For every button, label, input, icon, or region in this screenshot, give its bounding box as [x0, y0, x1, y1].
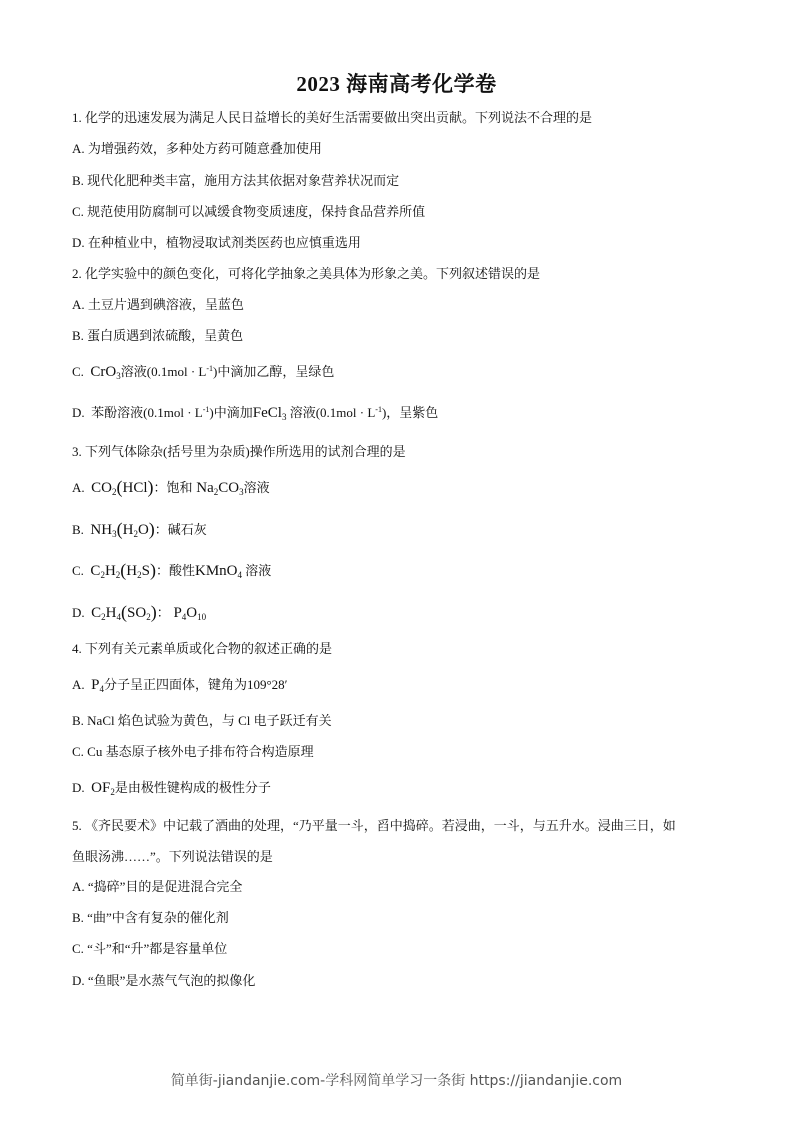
question-5-option-c: C. “斗”和“升”都是容量单位: [72, 940, 227, 958]
option-label: D.: [72, 405, 85, 420]
question-4-option-b: B. NaCl 焰色试验为黄色，与 Cl 电子跃迁有关: [72, 712, 332, 730]
question-1-option-b: B. 现代化肥种类丰富，施用方法其依据对象营养状况而定: [72, 172, 399, 190]
question-2-option-a: A. 土豆片遇到碘溶液，呈蓝色: [72, 296, 244, 314]
question-3-option-c: C. C2H2(H2S)：酸性KMnO4 溶液: [72, 561, 271, 580]
question-5-option-a: A. “捣碎”目的是促进混合完全: [72, 878, 242, 896]
question-4-stem: 4. 下列有关元素单质或化合物的叙述正确的是: [72, 640, 332, 658]
question-3-option-a: A. CO2(HCl)：饱和 Na2CO3溶液: [72, 478, 270, 497]
chem-formula: KMnO4: [195, 563, 242, 579]
question-3-option-d: D. C2H4(SO2)： P4O10: [72, 603, 206, 622]
chem-formula: CO2(HCl): [91, 480, 153, 496]
question-2-option-c: C. CrO3溶液(0.1mol · L-1)中滴加乙醇，呈绿色: [72, 363, 334, 381]
concentration: 0.1mol · L-1: [320, 405, 382, 420]
question-5-stem-line-1: 5. 《齐民要术》中记载了酒曲的处理，“乃平量一斗，舀中捣碎。若浸曲，一斗，与五…: [72, 817, 676, 835]
question-5-option-b: B. “曲”中含有复杂的催化剂: [72, 909, 229, 927]
question-3-stem: 3. 下列气体除杂(括号里为杂质)操作所选用的试剂合理的是: [72, 443, 406, 461]
question-1-option-d: D. 在种植业中，植物浸取试剂类医药也应慎重选用: [72, 234, 361, 252]
question-4-option-c: C. Cu 基态原子核外电子排布符合构造原理: [72, 743, 314, 761]
question-2-option-d: D. 苯酚溶液(0.1mol · L-1)中滴加FeCl3 溶液(0.1mol …: [72, 404, 438, 422]
chem-formula: FeCl3: [253, 405, 287, 421]
question-2-stem: 2. 化学实验中的颜色变化，可将化学抽象之美具体为形象之美。下列叙述错误的是: [72, 265, 540, 283]
chem-formula: C2H4(SO2): [91, 605, 157, 621]
question-3-option-b: B. NH3(H2O)：碱石灰: [72, 520, 207, 539]
question-1-option-a: A. 为增强药效，多种处方药可随意叠加使用: [72, 140, 322, 158]
page-title: 2023 海南高考化学卷: [0, 68, 793, 98]
chem-formula: C2H2(H2S): [90, 563, 156, 579]
chem-formula: P4O10: [170, 605, 206, 621]
question-5-stem-line-2: 鱼眼汤沸……”。下列说法错误的是: [72, 848, 273, 866]
option-label: C.: [72, 364, 84, 379]
question-5-option-d: D. “鱼眼”是水蒸气气泡的拟像化: [72, 972, 255, 990]
question-4-option-d: D. OF2是由极性键构成的极性分子: [72, 779, 271, 797]
question-1-stem: 1. 化学的迅速发展为满足人民日益增长的美好生活需要做出突出贡献。下列说法不合理…: [72, 109, 592, 127]
chem-formula: OF2: [91, 780, 115, 796]
chem-formula: CrO3: [90, 364, 120, 380]
chem-formula: Na2CO3: [193, 480, 244, 496]
concentration: 0.1mol · L-1: [147, 405, 209, 420]
footer-watermark: 简单街-jiandanjie.com-学科网简单学习一条街 https://ji…: [0, 1070, 793, 1090]
chem-formula: P4: [91, 677, 104, 693]
concentration: 0.1mol · L-1: [151, 364, 213, 379]
question-4-option-a: A. P4分子呈正四面体，键角为109°28′: [72, 676, 288, 694]
question-1-option-c: C. 规范使用防腐制可以减缓食物变质速度，保持食品营养所值: [72, 203, 425, 221]
question-2-option-b: B. 蛋白质遇到浓硫酸，呈黄色: [72, 327, 243, 345]
chem-formula: NH3(H2O): [90, 522, 154, 538]
